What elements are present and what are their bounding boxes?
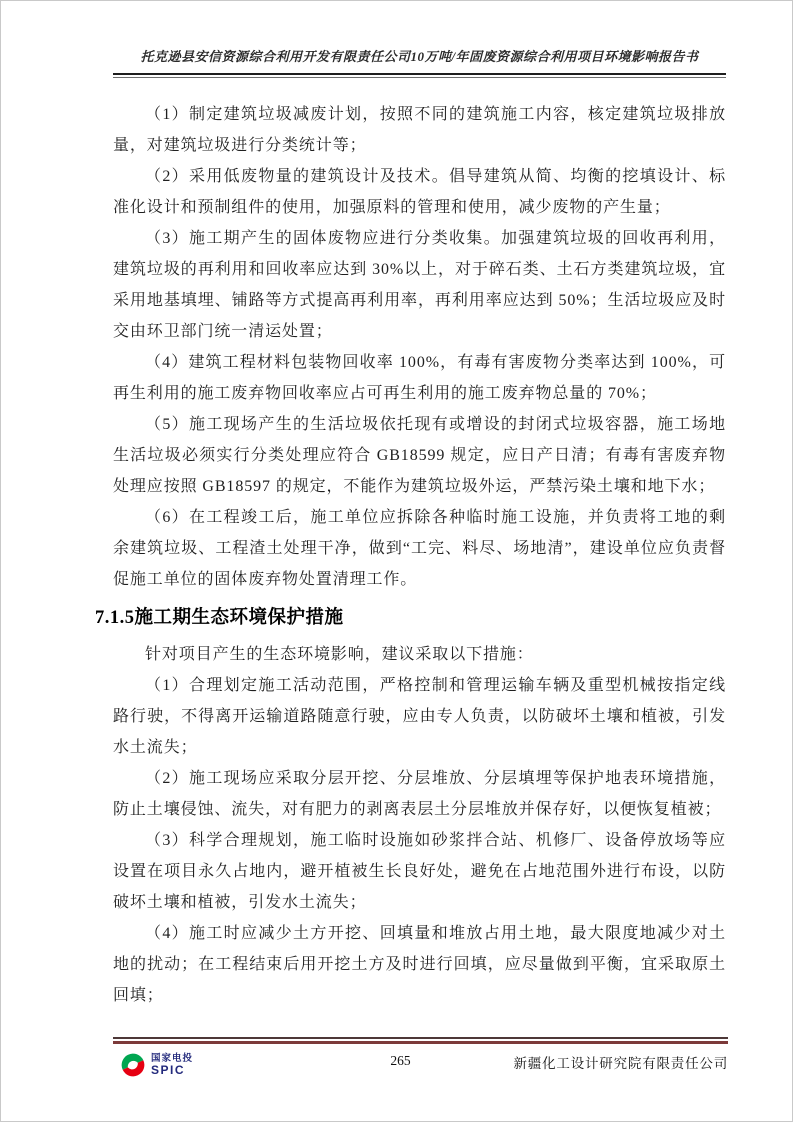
page-header: 托克逊县安信资源综合利用开发有限责任公司10万吨/年固废资源综合利用项目环境影响… [1,1,792,78]
footer-company: 新疆化工设计研究院有限责任公司 [514,1052,729,1072]
section-heading-text: 施工期生态环境保护措施 [135,606,344,627]
footer-divider [113,1037,728,1044]
intro-paragraph: 针对项目产生的生态环境影响，建议采取以下措施： [113,639,726,670]
paragraph-8: （2）施工现场应采取分层开挖、分层堆放、分层填埋等保护地表环境措施，防止土壤侵蚀… [113,763,726,825]
page-footer: 国家电投 SPIC 265 新疆化工设计研究院有限责任公司 [113,1037,728,1087]
paragraph-2: （2）采用低废物量的建筑设计及技术。倡导建筑从简、均衡的挖填设计、标准化设计和预… [113,161,726,223]
paragraph-3: （3）施工期产生的固体废物应进行分类收集。加强建筑垃圾的回收再利用，建筑垃圾的再… [113,223,726,347]
paragraph-10: （4）施工时应减少土方开挖、回填量和堆放占用土地，最大限度地减少对土地的扰动；在… [113,918,726,1011]
section-heading: 7.1.5施工期生态环境保护措施 [95,600,726,635]
section-heading-number: 7.1.5 [95,608,135,628]
footer-row: 国家电投 SPIC 265 新疆化工设计研究院有限责任公司 [113,1051,728,1087]
paragraph-5: （5）施工现场产生的生活垃圾依托现有或增设的封闭式垃圾容器，施工场地生活垃圾必须… [113,409,726,502]
paragraph-6: （6）在工程竣工后，施工单位应拆除各种临时施工设施，并负责将工地的剩余建筑垃圾、… [113,502,726,595]
paragraph-1: （1）制定建筑垃圾减废计划，按照不同的建筑施工内容，核定建筑垃圾排放量，对建筑垃… [113,99,726,161]
paragraph-7: （1）合理划定施工活动范围，严格控制和管理运输车辆及重型机械按指定线路行驶，不得… [113,670,726,763]
document-body: （1）制定建筑垃圾减废计划，按照不同的建筑施工内容，核定建筑垃圾排放量，对建筑垃… [113,99,726,1011]
document-page: 托克逊县安信资源综合利用开发有限责任公司10万吨/年固废资源综合利用项目环境影响… [0,0,793,1122]
header-divider [113,73,726,78]
paragraph-4: （4）建筑工程材料包装物回收率 100%，有毒有害废物分类率达到 100%，可再… [113,347,726,409]
header-title: 托克逊县安信资源综合利用开发有限责任公司10万吨/年固废资源综合利用项目环境影响… [113,46,726,65]
paragraph-9: （3）科学合理规划，施工临时设施如砂浆拌合站、机修厂、设备停放场等应设置在项目永… [113,825,726,918]
